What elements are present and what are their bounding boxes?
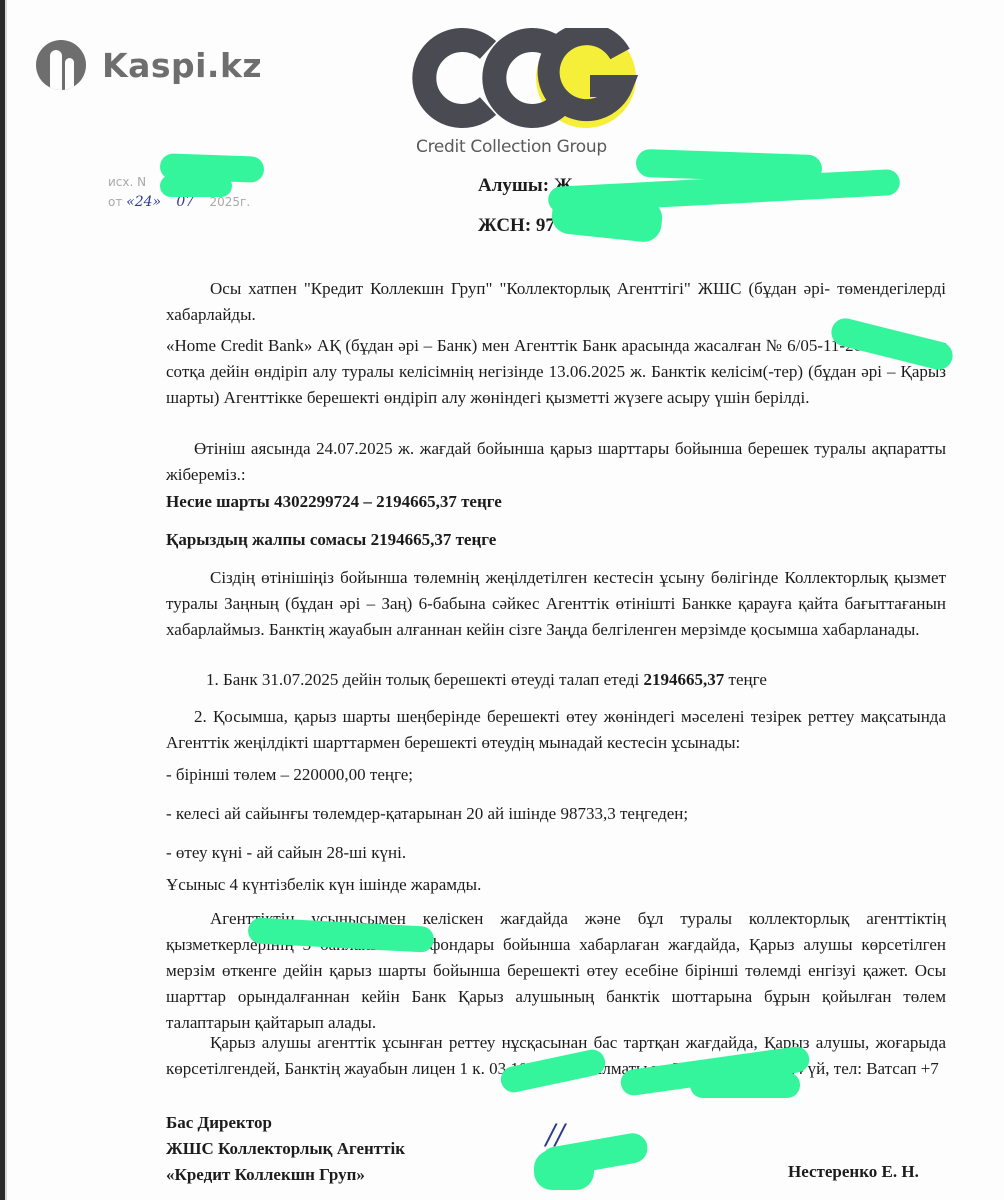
ref-date-prefix: от: [108, 195, 122, 209]
bullet-payment-day: - өтеу күні - ай сайын 28-ші күні.: [166, 840, 406, 866]
item-1-amount: 2194665,37: [644, 670, 725, 689]
kaspi-brand-text: Kaspi.kz: [102, 46, 262, 85]
ccg-logo-icon: [408, 28, 648, 138]
bullet-first-payment: - бірінші төлем – 220000,00 теңге;: [166, 762, 413, 788]
request-paragraph: Өтініш аясында 24.07.2025 ж. жағдай бойы…: [166, 436, 946, 488]
ccg-subtitle: Credit Collection Group: [416, 137, 607, 157]
validity-line: Ұсыныс 4 күнтізбелік күн ішінде жарамды.: [166, 872, 481, 898]
item-2: 2. Қосымша, қарыз шарты шеңберінде береш…: [166, 704, 946, 756]
bullet-monthly-payments: - келесі ай сайынғы төлемдер-қатарынан 2…: [166, 801, 688, 827]
signatory-title: Бас Директор: [166, 1110, 405, 1136]
item-1: 1. Банк 31.07.2025 дейін толық берешекті…: [206, 667, 767, 693]
borrower-label: Алушы:: [478, 175, 549, 196]
redaction-mark: [690, 1072, 800, 1098]
page-edge-shadow: [5, 0, 7, 1200]
ref-date-year: 2025: [209, 195, 240, 209]
redaction-mark: [534, 1150, 594, 1190]
ref-date-day: «24»: [126, 194, 161, 210]
signatory-name: Нестеренко Е. Н.: [788, 1162, 919, 1182]
intro-paragraph: Осы хатпен "Кредит Коллекшн Груп" "Колле…: [166, 276, 946, 328]
redaction-mark: [160, 175, 232, 197]
iin-label: ЖСН:: [478, 215, 531, 236]
signatory-company: ЖШС Коллекторлық Агенттік: [166, 1136, 405, 1162]
ref-number-label: исх. N: [108, 175, 146, 189]
schedule-paragraph: Сіздің өтінішіңіз бойынша төлемнің жеңіл…: [166, 565, 946, 643]
kaspi-people-icon: [36, 40, 86, 90]
loan-contract-line: Несие шарты 4302299724 – 2194665,37 теңг…: [166, 489, 502, 515]
signatory-company-name: «Кредит Коллекшн Груп»: [166, 1162, 405, 1188]
total-debt-line: Қарыздың жалпы сомасы 2194665,37 теңге: [166, 527, 496, 553]
contract-paragraph: «Home Credit Bank» АҚ (бұдан әрі – Банк)…: [166, 333, 946, 411]
kaspi-watermark: Kaspi.kz: [36, 40, 262, 90]
signatory-block: Бас Директор ЖШС Коллекторлық Агенттік «…: [166, 1110, 405, 1188]
